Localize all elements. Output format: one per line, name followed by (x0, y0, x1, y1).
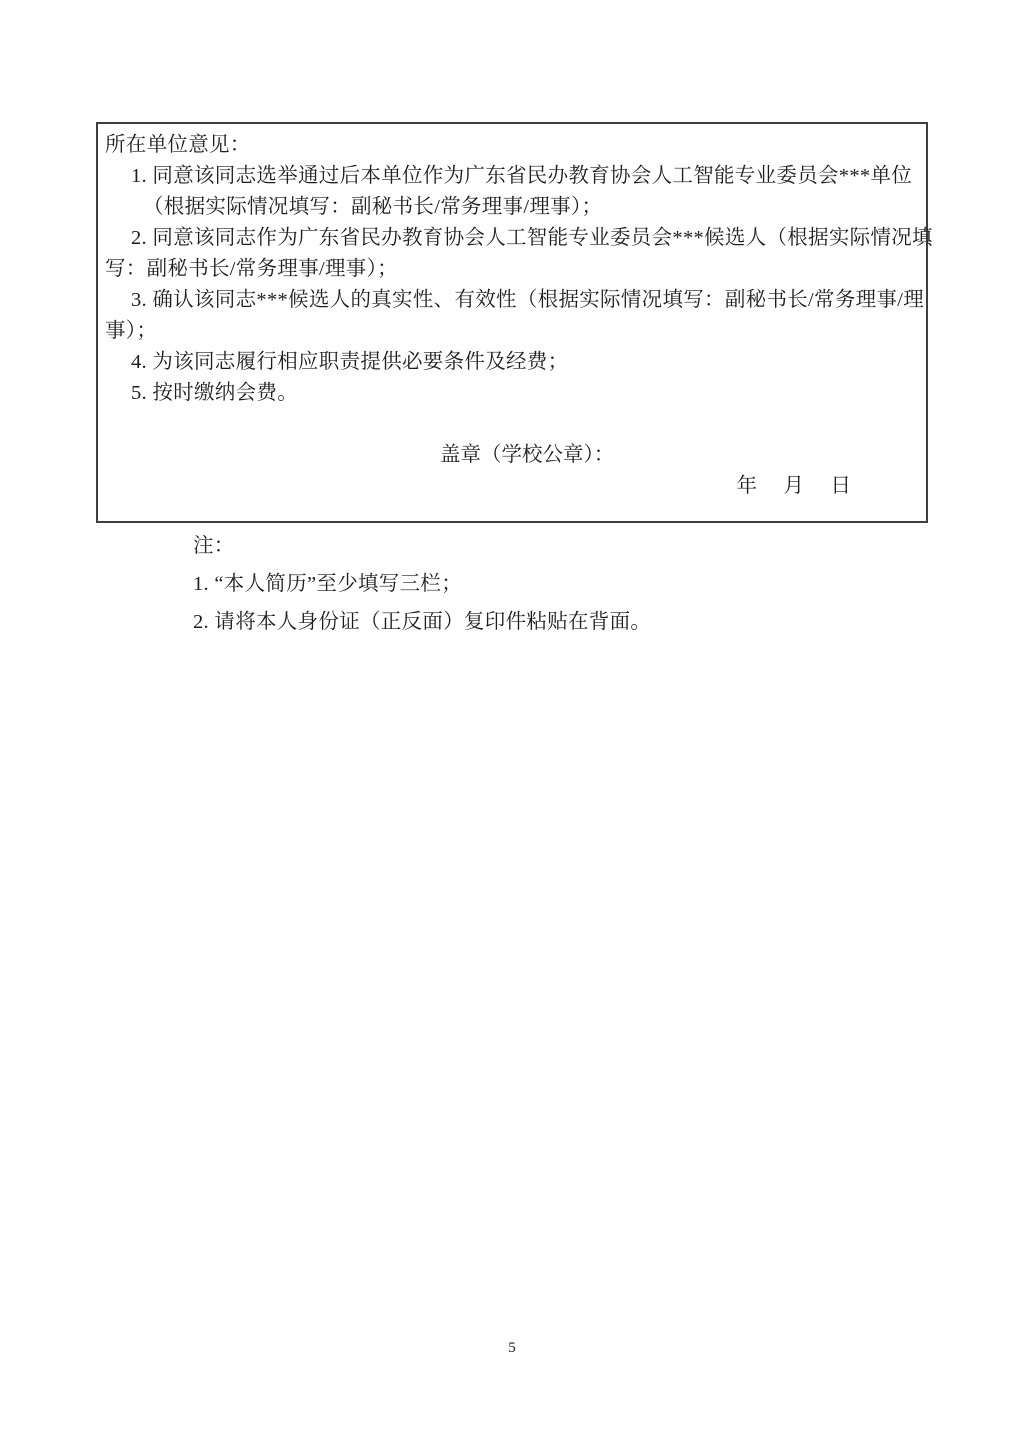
opinion-item-3-line-1: 3. 确认该同志***候选人的真实性、有效性（根据实际情况填写：副秘书长/常务理… (105, 285, 920, 316)
date-line: 年 月 日 (105, 471, 920, 502)
stamp-label: 盖章（学校公章）： (105, 440, 920, 471)
notes-section: 注： 1. “本人简历”至少填写三栏； 2. 请将本人身份证（正反面）复印件粘贴… (193, 527, 651, 641)
note-item-1: 1. “本人简历”至少填写三栏； (193, 565, 651, 603)
box-title: 所在单位意见： (105, 130, 920, 161)
opinion-item-4: 4. 为该同志履行相应职责提供必要条件及经费； (105, 347, 920, 378)
note-item-2: 2. 请将本人身份证（正反面）复印件粘贴在背面。 (193, 603, 651, 641)
opinion-item-3-line-2: 事）； (105, 316, 920, 347)
unit-opinion-box: 所在单位意见： 1. 同意该同志选举通过后本单位作为广东省民办教育协会人工智能专… (96, 122, 928, 523)
page-number: 5 (0, 1338, 1024, 1358)
opinion-item-5: 5. 按时缴纳会费。 (105, 378, 920, 409)
opinion-item-2-line-1: 2. 同意该同志作为广东省民办教育协会人工智能专业委员会***候选人（根据实际情… (105, 223, 920, 254)
document-page: 所在单位意见： 1. 同意该同志选举通过后本单位作为广东省民办教育协会人工智能专… (0, 0, 1024, 1448)
opinion-item-1-line-1: 1. 同意该同志选举通过后本单位作为广东省民办教育协会人工智能专业委员会***单… (105, 161, 920, 192)
notes-heading: 注： (193, 527, 651, 565)
opinion-item-2-line-2: 写：副秘书长/常务理事/理事）； (105, 254, 920, 285)
opinion-item-1-line-2: （根据实际情况填写：副秘书长/常务理事/理事）； (105, 192, 920, 223)
